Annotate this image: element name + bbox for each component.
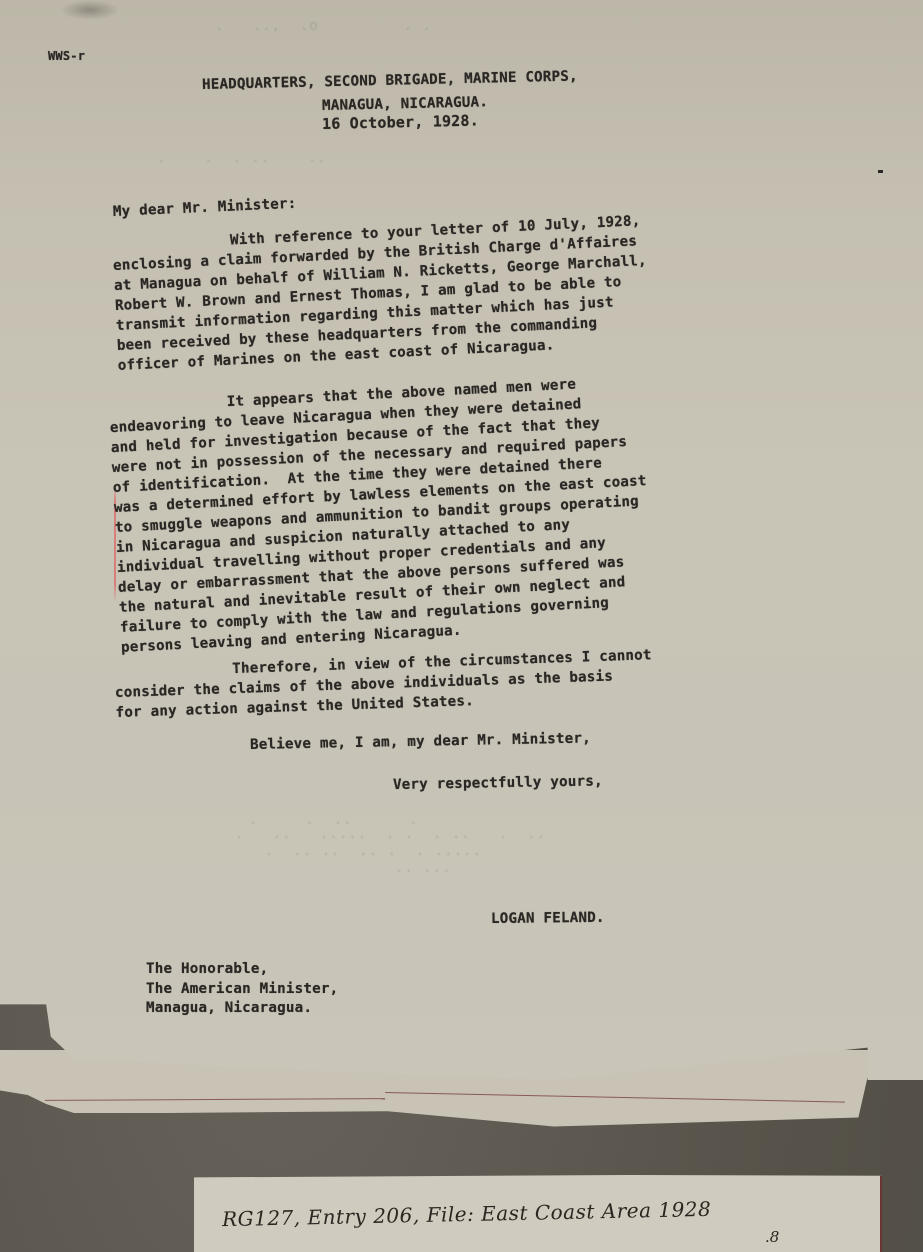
- letterhead-line-1: HEADQUARTERS, SECOND BRIGADE, MARINE COR…: [202, 69, 578, 92]
- bleed-through-signature-block: . .. ..... . . . .. . ..: [235, 826, 546, 842]
- addressee-line-2: The American Minister,: [146, 982, 338, 996]
- archive-label-note: .8: [765, 1228, 779, 1246]
- paragraph-2: It appears that the above named men were…: [108, 371, 654, 658]
- letter-date: 16 October, 1928.: [322, 113, 479, 132]
- bleed-through-text: . . . .. ..: [110, 150, 327, 166]
- addressee-line-1: The Honorable,: [146, 962, 268, 976]
- bleed-through-signature-block: .. ...: [395, 860, 452, 876]
- letter-page: . .., .o . . . . . .. .. . . .. . . .. .…: [0, 0, 923, 1080]
- bleed-through-text: . .., .o . .: [215, 18, 432, 34]
- salutation: My dear Mr. Minister:: [113, 197, 297, 220]
- ink-dot: [878, 170, 883, 173]
- addressee-line-3: Managua, Nicaragua.: [146, 1001, 312, 1015]
- paragraph-3: Therefore, in view of the circumstances …: [114, 645, 653, 723]
- closing-line-1: Believe me, I am, my dear Mr. Minister,: [250, 731, 591, 752]
- bleed-through-signature-block: . .. .. .. . . .....: [265, 843, 482, 859]
- letterhead-line-2: MANAGUA, NICARAGUA.: [322, 95, 488, 113]
- closing-line-2: Very respectfully yours,: [393, 774, 603, 792]
- signer-name: LOGAN FELAND.: [491, 911, 605, 926]
- paragraph-1: With reference to your letter of 10 July…: [112, 211, 651, 376]
- reference-code: WWS-r: [48, 50, 85, 62]
- ink-smudge: [60, 0, 120, 20]
